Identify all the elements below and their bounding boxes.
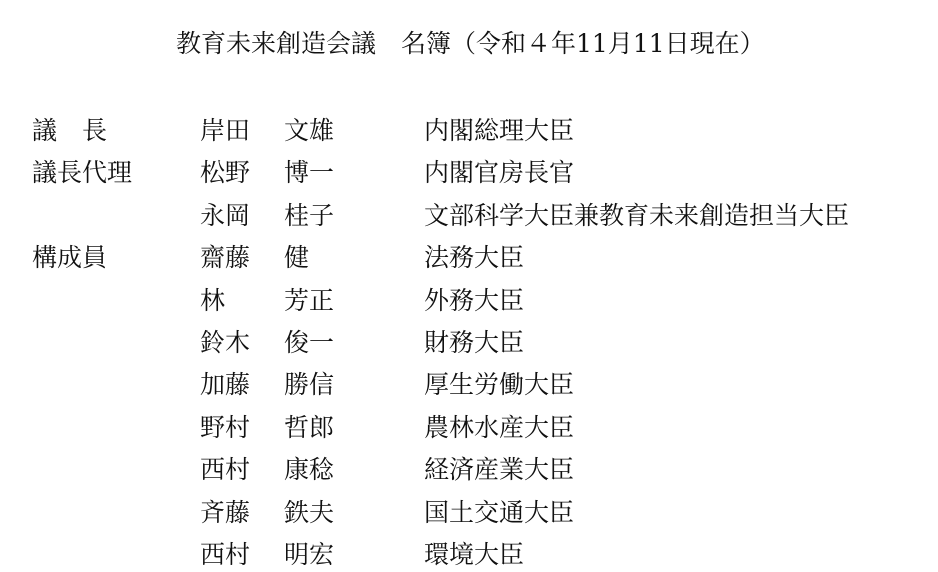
roster-row: 加藤 勝信 厚生労働大臣 [0,367,938,409]
roster-row: 議 長 岸田 文雄 内閣総理大臣 [0,113,938,155]
member-surname: 野村 [200,410,250,446]
member-post: 国土交通大臣 [424,495,574,531]
member-surname: 鈴木 [200,325,250,361]
member-surname: 斉藤 [200,495,250,531]
member-post: 経済産業大臣 [424,452,574,488]
member-post: 文部科学大臣兼教育未来創造担当大臣 [424,198,849,234]
member-surname: 松野 [200,155,250,191]
member-given-name: 鉄夫 [284,495,334,531]
roster-row: 西村 明宏 環境大臣 [0,537,938,572]
member-given-name: 勝信 [284,367,334,403]
document-title: 教育未来創造会議 名簿（令和４年11月11日現在） [176,26,765,62]
member-given-name: 健 [284,240,309,276]
member-post: 財務大臣 [424,325,524,361]
member-given-name: 芳正 [284,283,334,319]
member-surname: 齋藤 [200,240,250,276]
member-surname: 西村 [200,452,250,488]
roster-row: 議長代理 松野 博一 内閣官房長官 [0,155,938,197]
member-surname: 西村 [200,537,250,572]
member-post: 内閣官房長官 [424,155,574,191]
member-given-name: 俊一 [284,325,334,361]
member-surname: 林 [200,283,225,319]
role-label: 構成員 [32,240,107,276]
member-post: 厚生労働大臣 [424,367,574,403]
roster-row: 斉藤 鉄夫 国土交通大臣 [0,495,938,537]
member-given-name: 明宏 [284,537,334,572]
member-given-name: 康稔 [284,452,334,488]
member-given-name: 哲郎 [284,410,334,446]
roster-row: 林 芳正 外務大臣 [0,283,938,325]
role-label: 議 長 [32,113,107,149]
roster-row: 野村 哲郎 農林水産大臣 [0,410,938,452]
member-post: 環境大臣 [424,537,524,572]
member-given-name: 桂子 [284,198,334,234]
member-post: 農林水産大臣 [424,410,574,446]
member-surname: 永岡 [200,198,250,234]
role-label: 議長代理 [32,155,132,191]
member-post: 外務大臣 [424,283,524,319]
member-given-name: 文雄 [284,113,334,149]
roster-row: 構成員 齋藤 健 法務大臣 [0,240,938,282]
member-surname: 岸田 [200,113,250,149]
member-post: 内閣総理大臣 [424,113,574,149]
roster-row: 鈴木 俊一 財務大臣 [0,325,938,367]
roster-row: 西村 康稔 経済産業大臣 [0,452,938,494]
member-given-name: 博一 [284,155,334,191]
roster-row: 永岡 桂子 文部科学大臣兼教育未来創造担当大臣 [0,198,938,240]
member-surname: 加藤 [200,367,250,403]
member-post: 法務大臣 [424,240,524,276]
member-roster: 議 長 岸田 文雄 内閣総理大臣 議長代理 松野 博一 内閣官房長官 永岡 桂子… [0,113,938,572]
